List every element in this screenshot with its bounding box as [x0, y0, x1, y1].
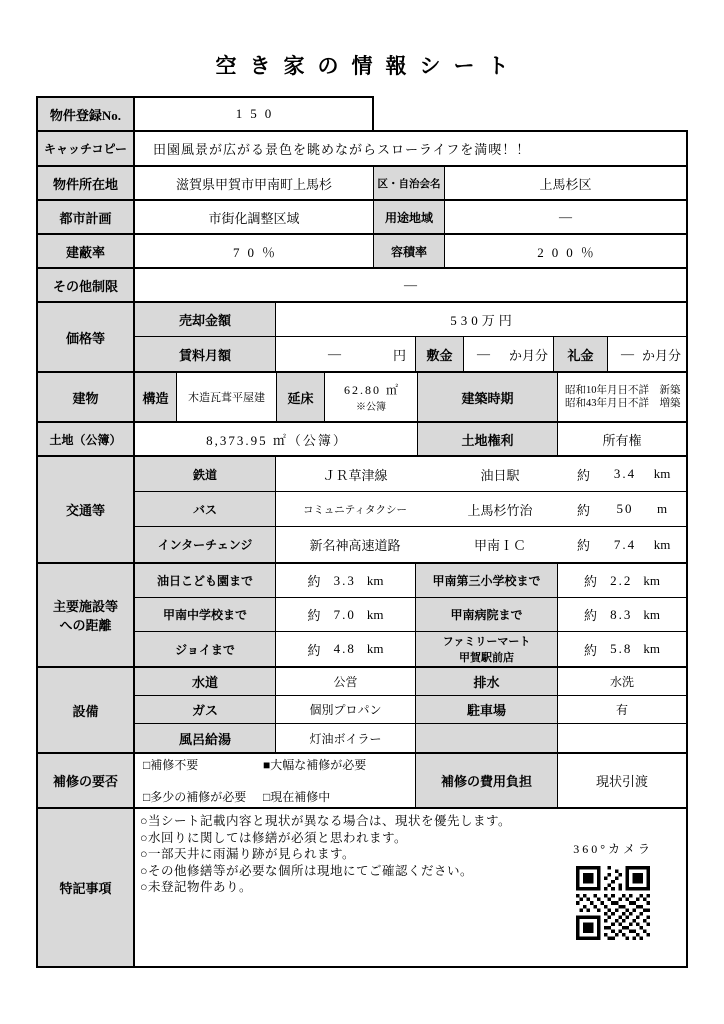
bus-distance-unit: m	[646, 501, 678, 517]
registration-row: 物件登録No. 150	[36, 96, 374, 132]
distance-value: 8.3	[608, 607, 632, 623]
row-notes: 特記事項 ○当シート記載内容と現状が異なる場合は、現状を優先します。 ○水回りに…	[38, 809, 686, 966]
notes-cell: ○当シート記載内容と現状が異なる場合は、現状を優先します。 ○水回りに関しては修…	[135, 809, 686, 966]
note-item: ○当シート記載内容と現状が異なる場合は、現状を優先します。	[140, 813, 511, 830]
drainage-value: 水洗	[558, 668, 686, 695]
equipment-empty-value	[558, 724, 686, 752]
note-item: ○未登記物件あり。	[140, 879, 511, 896]
bus-value-cell: コミュニティタクシー 上馬杉竹治 約 50 m	[276, 492, 686, 526]
registration-value: 150	[135, 98, 372, 130]
row-repair: 補修の要否 □補修不要 ■大幅な補修が必要 □多少の補修が必要 □現在補修中 補…	[38, 754, 686, 809]
facilities-row-2: 甲南中学校まで 約 7.0 km 甲南病院まで 約 8.3 km	[135, 598, 686, 632]
district-value: 上馬杉区	[445, 167, 686, 199]
equipment-empty-label	[416, 724, 558, 752]
transport-row-rail: 鉄道 ＪＲ草津線 油日駅 約 3.4 km	[135, 457, 686, 492]
rail-value-cell: ＪＲ草津線 油日駅 約 3.4 km	[276, 457, 686, 491]
key-money-value-cell: — か月分	[608, 337, 686, 371]
interchange-approx: 約	[577, 535, 590, 554]
repair-options-cell: □補修不要 ■大幅な補修が必要 □多少の補修が必要 □現在補修中	[135, 754, 416, 807]
deposit-unit: か月分	[509, 345, 548, 364]
row-catch-copy: キャッチコピー 田園風景が広がる景色を眺めながらスローライフを満喫！！	[38, 132, 686, 167]
equipment-row-1: 水道 公営 排水 水洗	[135, 668, 686, 696]
note-item: ○水回りに関しては修繕が必須と思われます。	[140, 830, 511, 847]
transport-row-bus: バス コミュニティタクシー 上馬杉竹治 約 50 m	[135, 492, 686, 527]
facility-supermarket-distance: 約 4.8 km	[276, 632, 416, 666]
section-price: 価格等 売却金額 530万円 賃料月額 — 円 敷金	[38, 303, 686, 373]
gas-value: 個別プロパン	[276, 696, 416, 723]
built-period-value: 昭和10年月日不詳 新築 昭和43年月日不詳 増築	[558, 373, 686, 421]
distance-unit: km	[367, 573, 384, 589]
info-table: キャッチコピー 田園風景が広がる景色を眺めながらスローライフを満喫！！ 物件所在…	[36, 130, 688, 968]
price-label: 価格等	[38, 303, 135, 371]
interchange-distance-unit: km	[646, 537, 678, 553]
use-district-label: 用途地域	[374, 201, 445, 233]
facility-conveniencestore-label: ファミリーマート 甲賀駅前店	[416, 632, 558, 666]
row-city-plan: 都市計画 市街化調整区域 用途地域 —	[38, 201, 686, 235]
distance-value: 3.3	[332, 573, 356, 589]
facility-conveniencestore-line1: ファミリーマート	[443, 633, 531, 649]
approx-text: 約	[584, 605, 597, 624]
water-label: 水道	[135, 668, 276, 695]
camera-block: 360°カメラ	[573, 840, 653, 944]
section-facilities: 主要施設等 への距離 油日こども園まで 約 3.3 km 甲南第三小学校まで	[38, 564, 686, 668]
repair-label: 補修の要否	[38, 754, 135, 807]
repair-option-major-needed: ■大幅な補修が必要	[263, 756, 366, 773]
facility-kindergarten-label: 油日こども園まで	[135, 564, 276, 597]
floor-area-note: ※公簿	[356, 398, 386, 413]
distance-unit: km	[367, 607, 384, 623]
rent-unit: 円	[393, 345, 415, 364]
built-period-line2: 昭和43年月日不詳 増築	[565, 397, 681, 410]
use-district-value: —	[445, 201, 686, 233]
facility-hospital-distance: 約 8.3 km	[558, 598, 686, 631]
expressway-name: 新名神高速道路	[276, 535, 434, 554]
floor-ratio-value: 200％	[445, 235, 686, 267]
approx-text: 約	[308, 640, 321, 659]
facilities-row-3: ジョイまで 約 4.8 km ファミリーマート 甲賀駅前店	[135, 632, 686, 666]
interchange-label: インターチェンジ	[135, 527, 276, 562]
catch-copy-value: 田園風景が広がる景色を眺めながらスローライフを満喫！！	[135, 132, 686, 165]
parking-value: 有	[558, 696, 686, 723]
facilities-label-line2: への距離	[59, 615, 111, 634]
repair-cost-label: 補修の費用負担	[416, 754, 558, 807]
facility-juniorhigh-distance: 約 7.0 km	[276, 598, 416, 631]
floor-area-label: 延床	[277, 373, 325, 421]
land-rights-value: 所有権	[558, 423, 686, 455]
facilities-label: 主要施設等 への距離	[38, 564, 135, 666]
coverage-value: 70％	[135, 235, 374, 267]
structure-label: 構造	[135, 373, 177, 421]
coverage-label: 建蔽率	[38, 235, 135, 267]
bath-boiler-value: 灯油ボイラー	[276, 724, 416, 752]
distance-value: 7.0	[332, 607, 356, 623]
bath-boiler-label: 風呂給湯	[135, 724, 276, 752]
equipment-row-2: ガス 個別プロパン 駐車場 有	[135, 696, 686, 724]
facility-supermarket-label: ジョイまで	[135, 632, 276, 666]
land-rights-label: 土地権利	[418, 423, 558, 455]
facility-elementary-distance: 約 2.2 km	[558, 564, 686, 597]
registration-label: 物件登録No.	[38, 98, 135, 130]
row-location: 物件所在地 滋賀県甲賀市甲南町上馬杉 区・自治会名 上馬杉区	[38, 167, 686, 201]
catch-copy-label: キャッチコピー	[38, 132, 135, 165]
equipment-row-3: 風呂給湯 灯油ボイラー	[135, 724, 686, 752]
distance-unit: km	[367, 641, 384, 657]
repair-option-minor-needed: □多少の補修が必要	[143, 788, 246, 805]
repair-option-in-progress: □現在補修中	[263, 788, 330, 805]
rent-value: —	[276, 346, 393, 362]
distance-value: 5.8	[608, 641, 632, 657]
floor-area-cell: 62.80 ㎡ ※公簿	[325, 373, 418, 421]
facility-elementary-label: 甲南第三小学校まで	[416, 564, 558, 597]
facilities-row-1: 油日こども園まで 約 3.3 km 甲南第三小学校まで 約 2.2	[135, 564, 686, 598]
rail-distance: 3.4	[604, 466, 646, 482]
rail-station: 油日駅	[434, 465, 566, 484]
floor-ratio-label: 容積率	[374, 235, 445, 267]
note-item: ○その他修繕等が必要な個所は現地にてご確認ください。	[140, 863, 511, 880]
camera-360-label: 360°カメラ	[573, 840, 653, 857]
approx-text: 約	[584, 571, 597, 590]
location-label: 物件所在地	[38, 167, 135, 199]
bus-stop: 上馬杉竹治	[434, 500, 566, 519]
key-money-value: —	[621, 346, 634, 362]
bus-distance: 50	[604, 501, 646, 517]
facility-hospital-label: 甲南病院まで	[416, 598, 558, 631]
city-plan-value: 市街化調整区域	[135, 201, 374, 233]
built-period-line1: 昭和10年月日不詳 新築	[565, 384, 681, 397]
repair-cost-value: 現状引渡	[558, 754, 686, 807]
interchange-distance: 7.4	[604, 537, 646, 553]
facilities-label-line1: 主要施設等	[53, 596, 118, 615]
rail-distance-unit: km	[646, 466, 678, 482]
deposit-label: 敷金	[416, 337, 464, 371]
rail-label: 鉄道	[135, 457, 276, 491]
structure-value: 木造瓦葺平屋建	[177, 373, 277, 421]
other-restrictions-label: その他制限	[38, 269, 135, 301]
distance-unit: km	[643, 573, 660, 589]
distance-value: 4.8	[332, 641, 356, 657]
facility-kindergarten-distance: 約 3.3 km	[276, 564, 416, 597]
bus-label: バス	[135, 492, 276, 526]
repair-option-not-needed: □補修不要	[143, 756, 198, 773]
row-building: 建物 構造 木造瓦葺平屋建 延床 62.80 ㎡ ※公簿 建築時期 昭和10年月…	[38, 373, 686, 423]
qr-code	[576, 866, 650, 940]
floor-area-value: 62.80 ㎡	[342, 381, 400, 398]
building-label: 建物	[38, 373, 135, 421]
distance-value: 2.2	[608, 573, 632, 589]
location-value: 滋賀県甲賀市甲南町上馬杉	[135, 167, 374, 199]
bus-line: コミュニティタクシー	[276, 502, 434, 517]
sale-price-label: 売却金額	[135, 303, 276, 336]
rent-label: 賃料月額	[135, 337, 276, 371]
key-money-unit: か月分	[642, 345, 681, 364]
page-title: 空き家の情報シート	[0, 50, 724, 80]
row-coverage: 建蔽率 70％ 容積率 200％	[38, 235, 686, 269]
interchange-name: 甲南ＩＣ	[434, 535, 566, 554]
bus-approx: 約	[577, 500, 590, 519]
facility-juniorhigh-label: 甲南中学校まで	[135, 598, 276, 631]
facility-conveniencestore-distance: 約 5.8 km	[558, 632, 686, 666]
rail-line: ＪＲ草津線	[276, 465, 434, 484]
equipment-label: 設備	[38, 668, 135, 752]
city-plan-label: 都市計画	[38, 201, 135, 233]
deposit-value-cell: — か月分	[464, 337, 554, 371]
district-label: 区・自治会名	[374, 167, 445, 199]
sale-price-value: 530万円	[276, 303, 686, 336]
land-area-value: 8,373.95 ㎡（公簿）	[135, 423, 418, 455]
section-transport: 交通等 鉄道 ＪＲ草津線 油日駅 約 3.4 km	[38, 457, 686, 564]
row-land: 土地（公簿） 8,373.95 ㎡（公簿） 土地権利 所有権	[38, 423, 686, 457]
distance-unit: km	[643, 607, 660, 623]
approx-text: 約	[308, 571, 321, 590]
other-restrictions-value: —	[135, 269, 686, 301]
interchange-value-cell: 新名神高速道路 甲南ＩＣ 約 7.4 km	[276, 527, 686, 562]
built-period-label: 建築時期	[418, 373, 558, 421]
section-equipment: 設備 水道 公営 排水 水洗 ガス 個別プロパン 駐車場 有 風呂給湯 灯油ボイ…	[38, 668, 686, 754]
transport-row-interchange: インターチェンジ 新名神高速道路 甲南ＩＣ 約 7.4 km	[135, 527, 686, 562]
transport-label: 交通等	[38, 457, 135, 562]
approx-text: 約	[584, 640, 597, 659]
facility-conveniencestore-line2: 甲賀駅前店	[459, 649, 514, 665]
drainage-label: 排水	[416, 668, 558, 695]
notes-list: ○当シート記載内容と現状が異なる場合は、現状を優先します。 ○水回りに関しては修…	[140, 813, 511, 896]
row-sale-price: 売却金額 530万円	[135, 303, 686, 337]
row-rent: 賃料月額 — 円 敷金 — か月分 礼金	[135, 337, 686, 371]
distance-unit: km	[643, 641, 660, 657]
deposit-value: —	[477, 346, 490, 362]
water-value: 公営	[276, 668, 416, 695]
note-item: ○一部天井に雨漏り跡が見られます。	[140, 846, 511, 863]
rent-value-cell: — 円	[276, 337, 416, 371]
gas-label: ガス	[135, 696, 276, 723]
land-label: 土地（公簿）	[38, 423, 135, 455]
rail-approx: 約	[577, 465, 590, 484]
key-money-label: 礼金	[554, 337, 608, 371]
approx-text: 約	[308, 605, 321, 624]
parking-label: 駐車場	[416, 696, 558, 723]
notes-label: 特記事項	[38, 809, 135, 966]
row-other-restrictions: その他制限 —	[38, 269, 686, 303]
